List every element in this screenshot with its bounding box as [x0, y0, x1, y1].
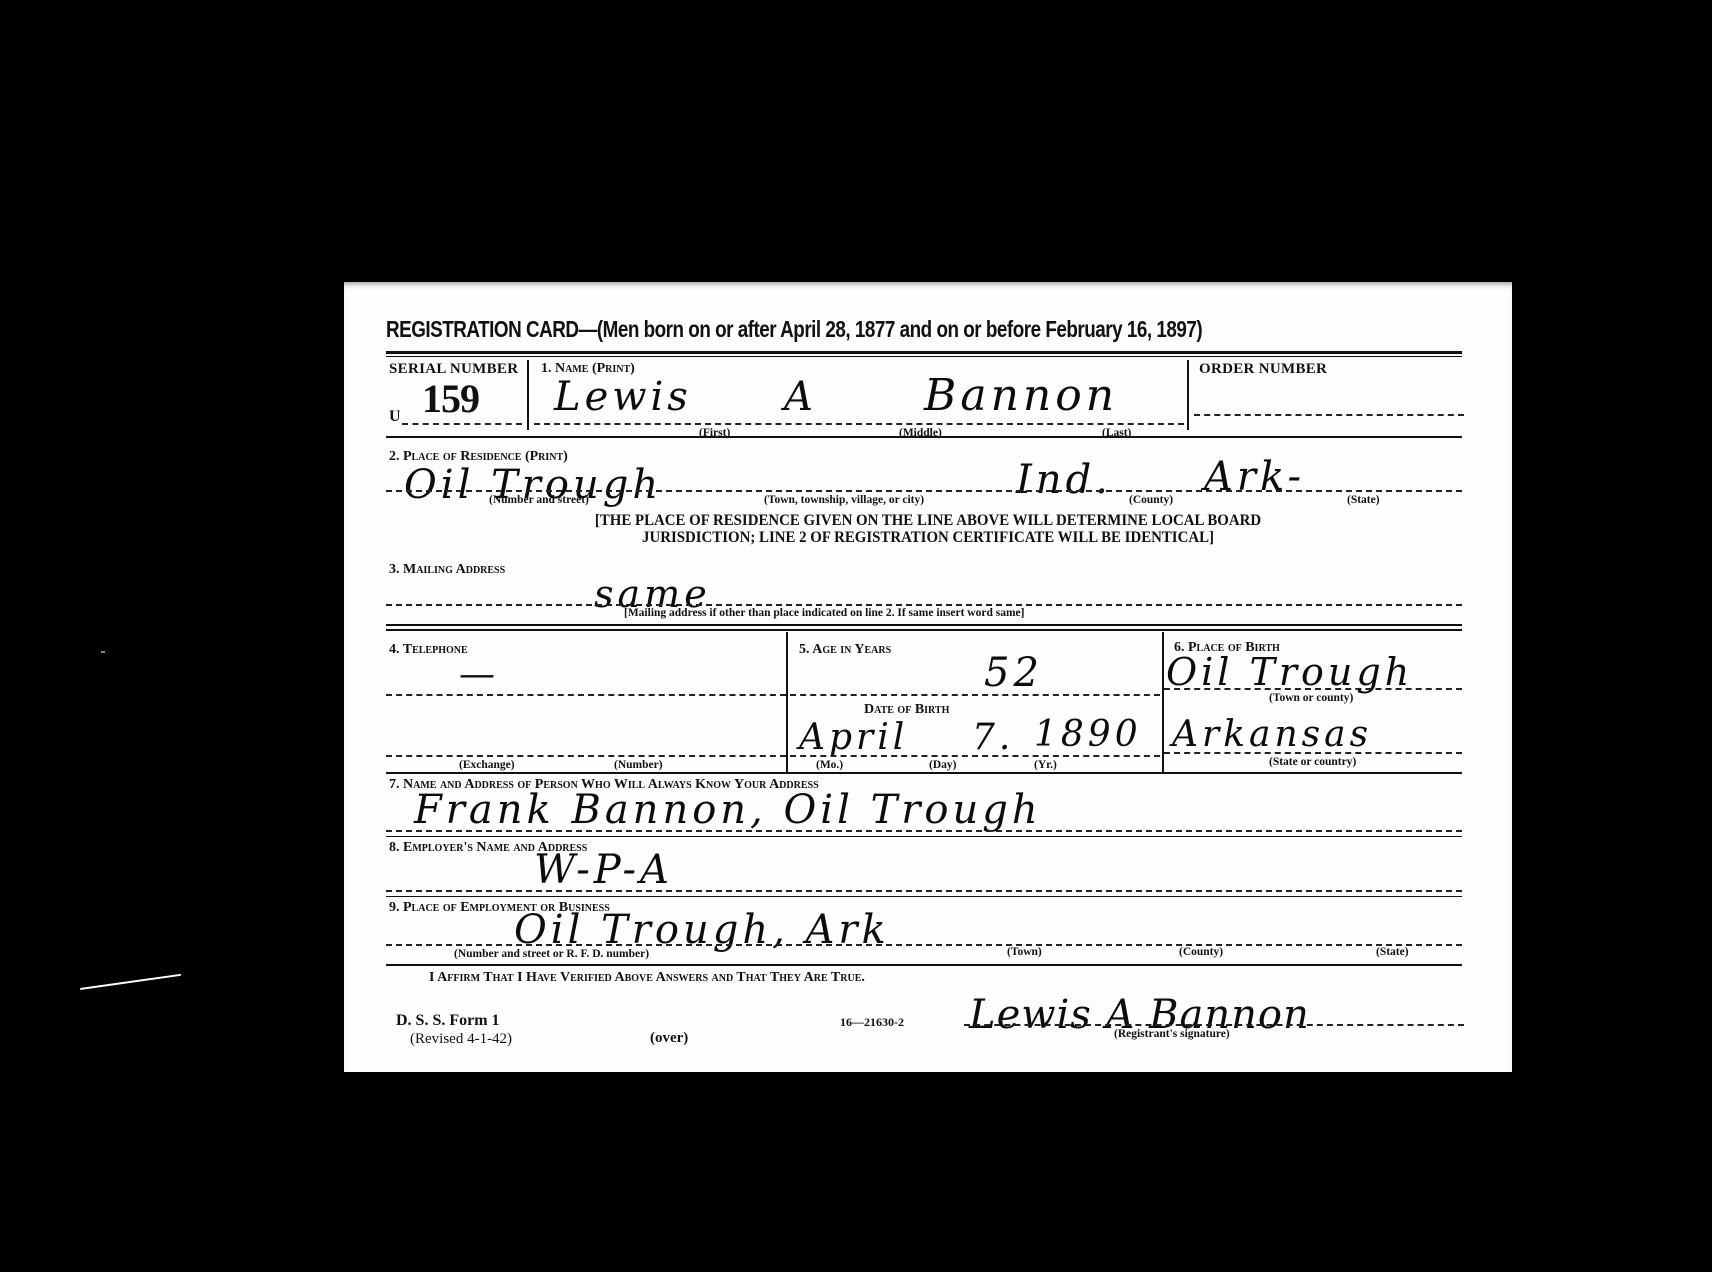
age-value: 52: [984, 650, 1043, 696]
order-divider: [1187, 360, 1189, 430]
mailing-caption: [Mailing address if other than place ind…: [624, 607, 1024, 619]
dob-month-caption: (Mo.): [816, 759, 843, 771]
dob-day-value: 7.: [972, 717, 1014, 758]
form-revised: (Revised 4-1-42): [396, 1030, 512, 1048]
residence-notice: [THE PLACE OF RESIDENCE GIVEN ON THE LIN…: [367, 512, 1488, 546]
print-code: 16—21630-2: [840, 1015, 904, 1030]
residence-street-caption: (Number and street): [489, 494, 589, 506]
telephone-number-caption: (Number): [614, 759, 663, 771]
telephone-line-1: [386, 694, 786, 696]
name-line: [534, 423, 1184, 425]
card-title: REGISTRATION CARD—(Men born on or after …: [386, 316, 1202, 343]
employment-line: [386, 944, 1462, 946]
employment-street-caption: (Number and street or R. F. D. number): [454, 948, 649, 960]
mailing-rule: [386, 624, 1462, 626]
employment-county-caption: (County): [1179, 946, 1223, 958]
dob-year-value: 1890: [1034, 714, 1142, 755]
scan-speck: [101, 651, 105, 653]
employment-value: Oil Trough, Ark: [514, 907, 890, 953]
name-middle-value: A: [784, 374, 817, 420]
telephone-line-2: [386, 755, 786, 757]
top-rule-thin: [386, 356, 1462, 357]
residence-line: [386, 490, 1462, 492]
residence-county-value: Ind.: [1016, 457, 1112, 503]
serial-line: [402, 423, 522, 425]
top-rule: [386, 351, 1462, 354]
residence-town-caption: (Town, township, village, or city): [764, 494, 924, 506]
serial-prefix: U: [389, 408, 401, 426]
residence-notice-line1: [THE PLACE OF RESIDENCE GIVEN ON THE LIN…: [367, 512, 1488, 529]
contact-line: [386, 830, 1462, 832]
residence-notice-line2: JURISDICTION; LINE 2 OF REGISTRATION CER…: [367, 529, 1488, 546]
registration-card: REGISTRATION CARD—(Men born on or after …: [344, 282, 1512, 1072]
residence-state-value: Ark-: [1204, 454, 1305, 500]
age-label: 5. Age in Years: [799, 642, 891, 658]
birthplace-state-value: Arkansas: [1172, 714, 1372, 755]
telephone-divider: [786, 632, 788, 772]
order-number-label: ORDER NUMBER: [1199, 361, 1327, 378]
telephone-exchange-caption: (Exchange): [459, 759, 515, 771]
order-line: [1194, 414, 1464, 416]
dob-label: Date of Birth: [864, 702, 949, 718]
mailing-line: [386, 604, 1462, 606]
dob-day-caption: (Day): [929, 759, 956, 771]
contact-value: Frank Bannon, Oil Trough: [414, 787, 1042, 833]
serial-number-value: 159: [422, 375, 479, 422]
telephone-value: —: [459, 654, 499, 695]
employment-state-caption: (State): [1376, 946, 1409, 958]
signature-caption: (Registrant's signature): [1114, 1028, 1230, 1040]
form-name: D. S. S. Form 1: [396, 1012, 512, 1030]
birthplace-town-line: [1164, 688, 1462, 690]
dob-year-caption: (Yr.): [1034, 759, 1057, 771]
signature-line: [964, 1024, 1464, 1026]
employer-value: W-P-A: [534, 847, 673, 893]
stray-scan-mark: [80, 974, 181, 990]
mailing-rule2: [386, 629, 1462, 631]
form-number: D. S. S. Form 1 (Revised 4-1-42): [396, 1012, 512, 1048]
employer-rule: [386, 896, 1462, 897]
serial-divider: [527, 360, 529, 430]
age-divider: [1162, 632, 1164, 772]
name-first-value: Lewis: [554, 374, 692, 420]
residence-state-caption: (State): [1347, 494, 1380, 506]
birthplace-state-caption: (State or country): [1269, 756, 1356, 768]
telephone-label: 4. Telephone: [389, 642, 468, 658]
employment-town-caption: (Town): [1007, 946, 1042, 958]
dob-month-value: April: [799, 717, 908, 758]
affirmation-text: I Affirm That I Have Verified Above Answ…: [429, 970, 865, 986]
mailing-label: 3. Mailing Address: [389, 562, 505, 578]
age-line: [790, 694, 1160, 696]
contact-rule: [386, 836, 1462, 837]
employer-line: [386, 890, 1462, 892]
birthplace-town-caption: (Town or county): [1269, 692, 1353, 704]
name-row-rule: [386, 436, 1462, 438]
residence-county-caption: (County): [1129, 494, 1173, 506]
birthplace-state-line: [1164, 752, 1462, 754]
dob-line: [790, 755, 1160, 757]
employment-rule: [386, 964, 1462, 966]
name-last-value: Bannon: [924, 370, 1118, 421]
over-note: (over): [650, 1030, 688, 1047]
birth-row-rule: [386, 772, 1462, 774]
